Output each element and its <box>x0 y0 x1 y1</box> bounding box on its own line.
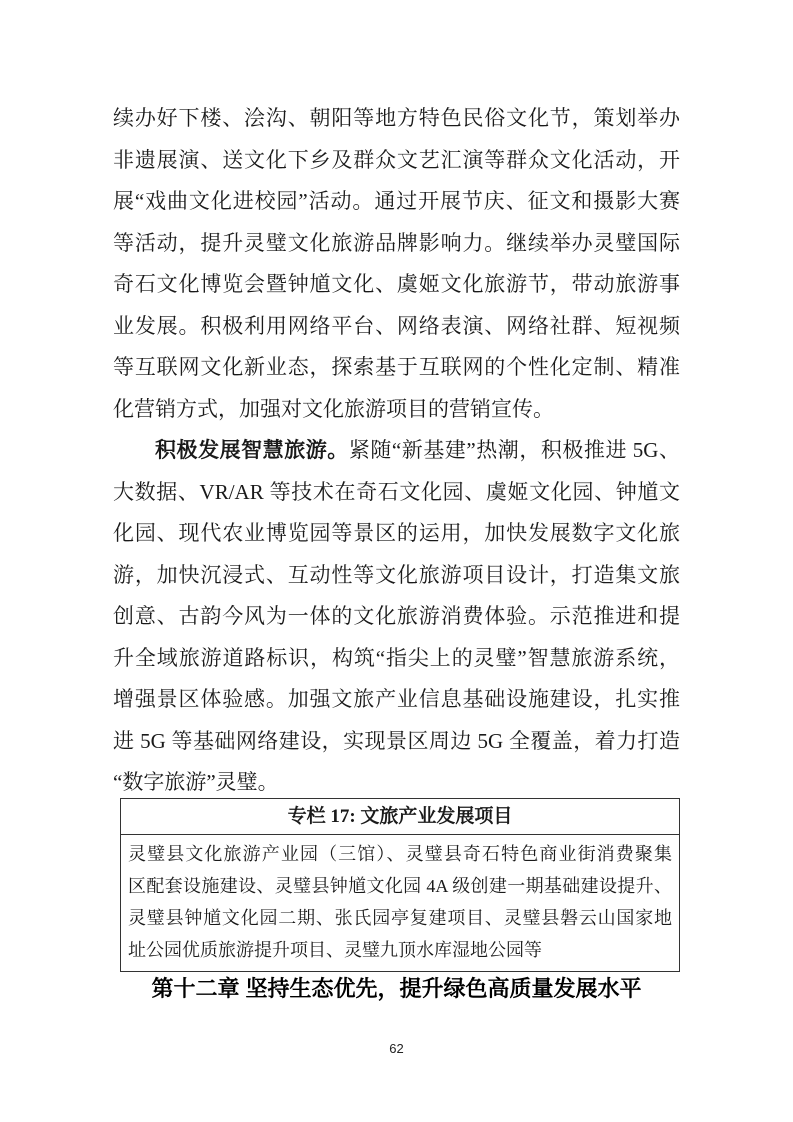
text-line: 增强景区体验感。加强文旅产业信息基础设施建设，扎实推 <box>113 679 680 721</box>
paragraph-smart-tourism: 积极发展智慧旅游。紧随“新基建”热潮，积极推进 5G、 大数据、VR/AR 等技… <box>113 430 680 804</box>
text-line: 化营销方式，加强对文化旅游项目的营销宣传。 <box>113 389 680 431</box>
feature-box-body: 灵璧县文化旅游产业园（三馆）、灵璧县奇石特色商业街消费聚集 区配套设施建设、灵璧… <box>121 835 679 971</box>
paragraph-culture-festivals: 续办好下楼、浍沟、朝阳等地方特色民俗文化节，策划举办 非遗展演、送文化下乡及群众… <box>113 98 680 430</box>
feature-box-column-17: 专栏 17: 文旅产业发展项目 灵璧县文化旅游产业园（三馆）、灵璧县奇石特色商业… <box>120 798 680 972</box>
feature-box-title: 专栏 17: 文旅产业发展项目 <box>121 799 679 835</box>
text-line: 非遗展演、送文化下乡及群众文艺汇演等群众文化活动，开 <box>113 140 680 182</box>
text-line: 展“戏曲文化进校园”活动。通过开展节庆、征文和摄影大赛 <box>113 181 680 223</box>
text-line-rest: 紧随“新基建”热潮，积极推进 5G、 <box>349 438 680 462</box>
text-line: 游，加快沉浸式、互动性等文化旅游项目设计，打造集文旅 <box>113 555 680 597</box>
box-text-line: 区配套设施建设、灵璧县钟馗文化园 4A 级创建一期基础建设提升、 <box>128 870 672 902</box>
text-line: 业发展。积极利用网络平台、网络表演、网络社群、短视频 <box>113 306 680 348</box>
text-line: 进 5G 等基础网络建设，实现景区周边 5G 全覆盖，着力打造 <box>113 721 680 763</box>
text-line: 积极发展智慧旅游。紧随“新基建”热潮，积极推进 5G、 <box>113 430 680 472</box>
text-line: 化园、现代农业博览园等景区的运用，加快发展数字文化旅 <box>113 513 680 555</box>
text-line: 升全域旅游道路标识，构筑“指尖上的灵璧”智慧旅游系统， <box>113 638 680 680</box>
text-line: 等互联网文化新业态，探索基于互联网的个性化定制、精准 <box>113 347 680 389</box>
body-text-block: 续办好下楼、浍沟、朝阳等地方特色民俗文化节，策划举办 非遗展演、送文化下乡及群众… <box>113 98 680 804</box>
document-page: 续办好下楼、浍沟、朝阳等地方特色民俗文化节，策划举办 非遗展演、送文化下乡及群众… <box>0 0 793 1122</box>
text-line: 大数据、VR/AR 等技术在奇石文化园、虞姬文化园、钟馗文 <box>113 472 680 514</box>
box-text-line: 灵璧县文化旅游产业园（三馆）、灵璧县奇石特色商业街消费聚集 <box>128 838 672 870</box>
text-line: 续办好下楼、浍沟、朝阳等地方特色民俗文化节，策划举办 <box>113 98 680 140</box>
box-text-line: 址公园优质旅游提升项目、灵璧九顶水库湿地公园等 <box>128 934 672 966</box>
text-line: 创意、古韵今风为一体的文化旅游消费体验。示范推进和提 <box>113 596 680 638</box>
page-number: 62 <box>0 1041 793 1057</box>
text-line: 奇石文化博览会暨钟馗文化、虞姬文化旅游节，带动旅游事 <box>113 264 680 306</box>
paragraph-lead-bold: 积极发展智慧旅游。 <box>155 438 349 462</box>
chapter-heading: 第十二章 坚持生态优先，提升绿色高质量发展水平 <box>113 972 680 1006</box>
text-line: 等活动，提升灵璧文化旅游品牌影响力。继续举办灵璧国际 <box>113 223 680 265</box>
box-text-line: 灵璧县钟馗文化园二期、张氏园亭复建项目、灵璧县磐云山国家地 <box>128 902 672 934</box>
